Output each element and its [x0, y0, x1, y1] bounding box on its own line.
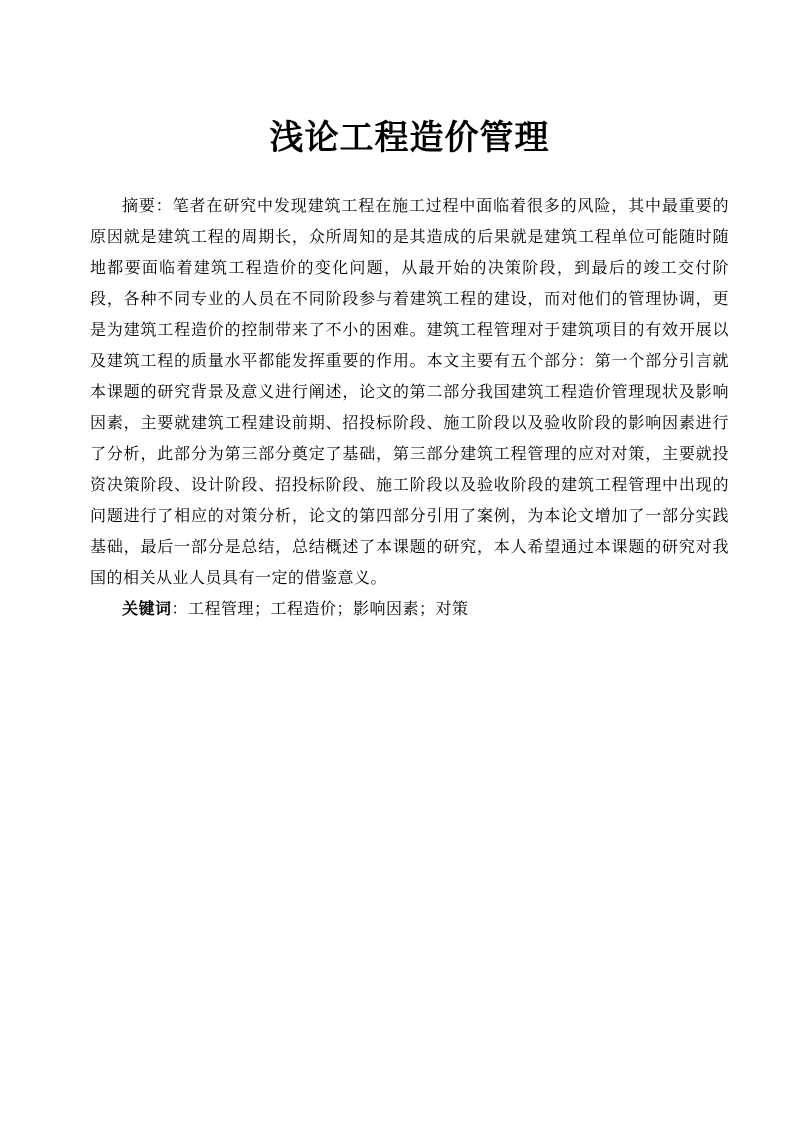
keywords-text: 工程管理；工程造价；影响因素；对策 — [188, 601, 469, 618]
keywords-line: 关键词：工程管理；工程造价；影响因素；对策 — [90, 594, 729, 625]
abstract-paragraph: 摘要：笔者在研究中发现建筑工程在施工过程中面临着很多的风险，其中最重要的原因就是… — [90, 191, 729, 594]
abstract-text: 笔者在研究中发现建筑工程在施工过程中面临着很多的风险，其中最重要的原因就是建筑工… — [90, 198, 729, 587]
keywords-label: 关键词 — [122, 601, 172, 618]
keywords-colon: ： — [172, 601, 189, 618]
document-title: 浅论工程造价管理 — [90, 118, 729, 161]
document-page: 浅论工程造价管理 摘要：笔者在研究中发现建筑工程在施工过程中面临着很多的风险，其… — [0, 0, 793, 1122]
abstract-label: 摘要： — [122, 198, 173, 215]
